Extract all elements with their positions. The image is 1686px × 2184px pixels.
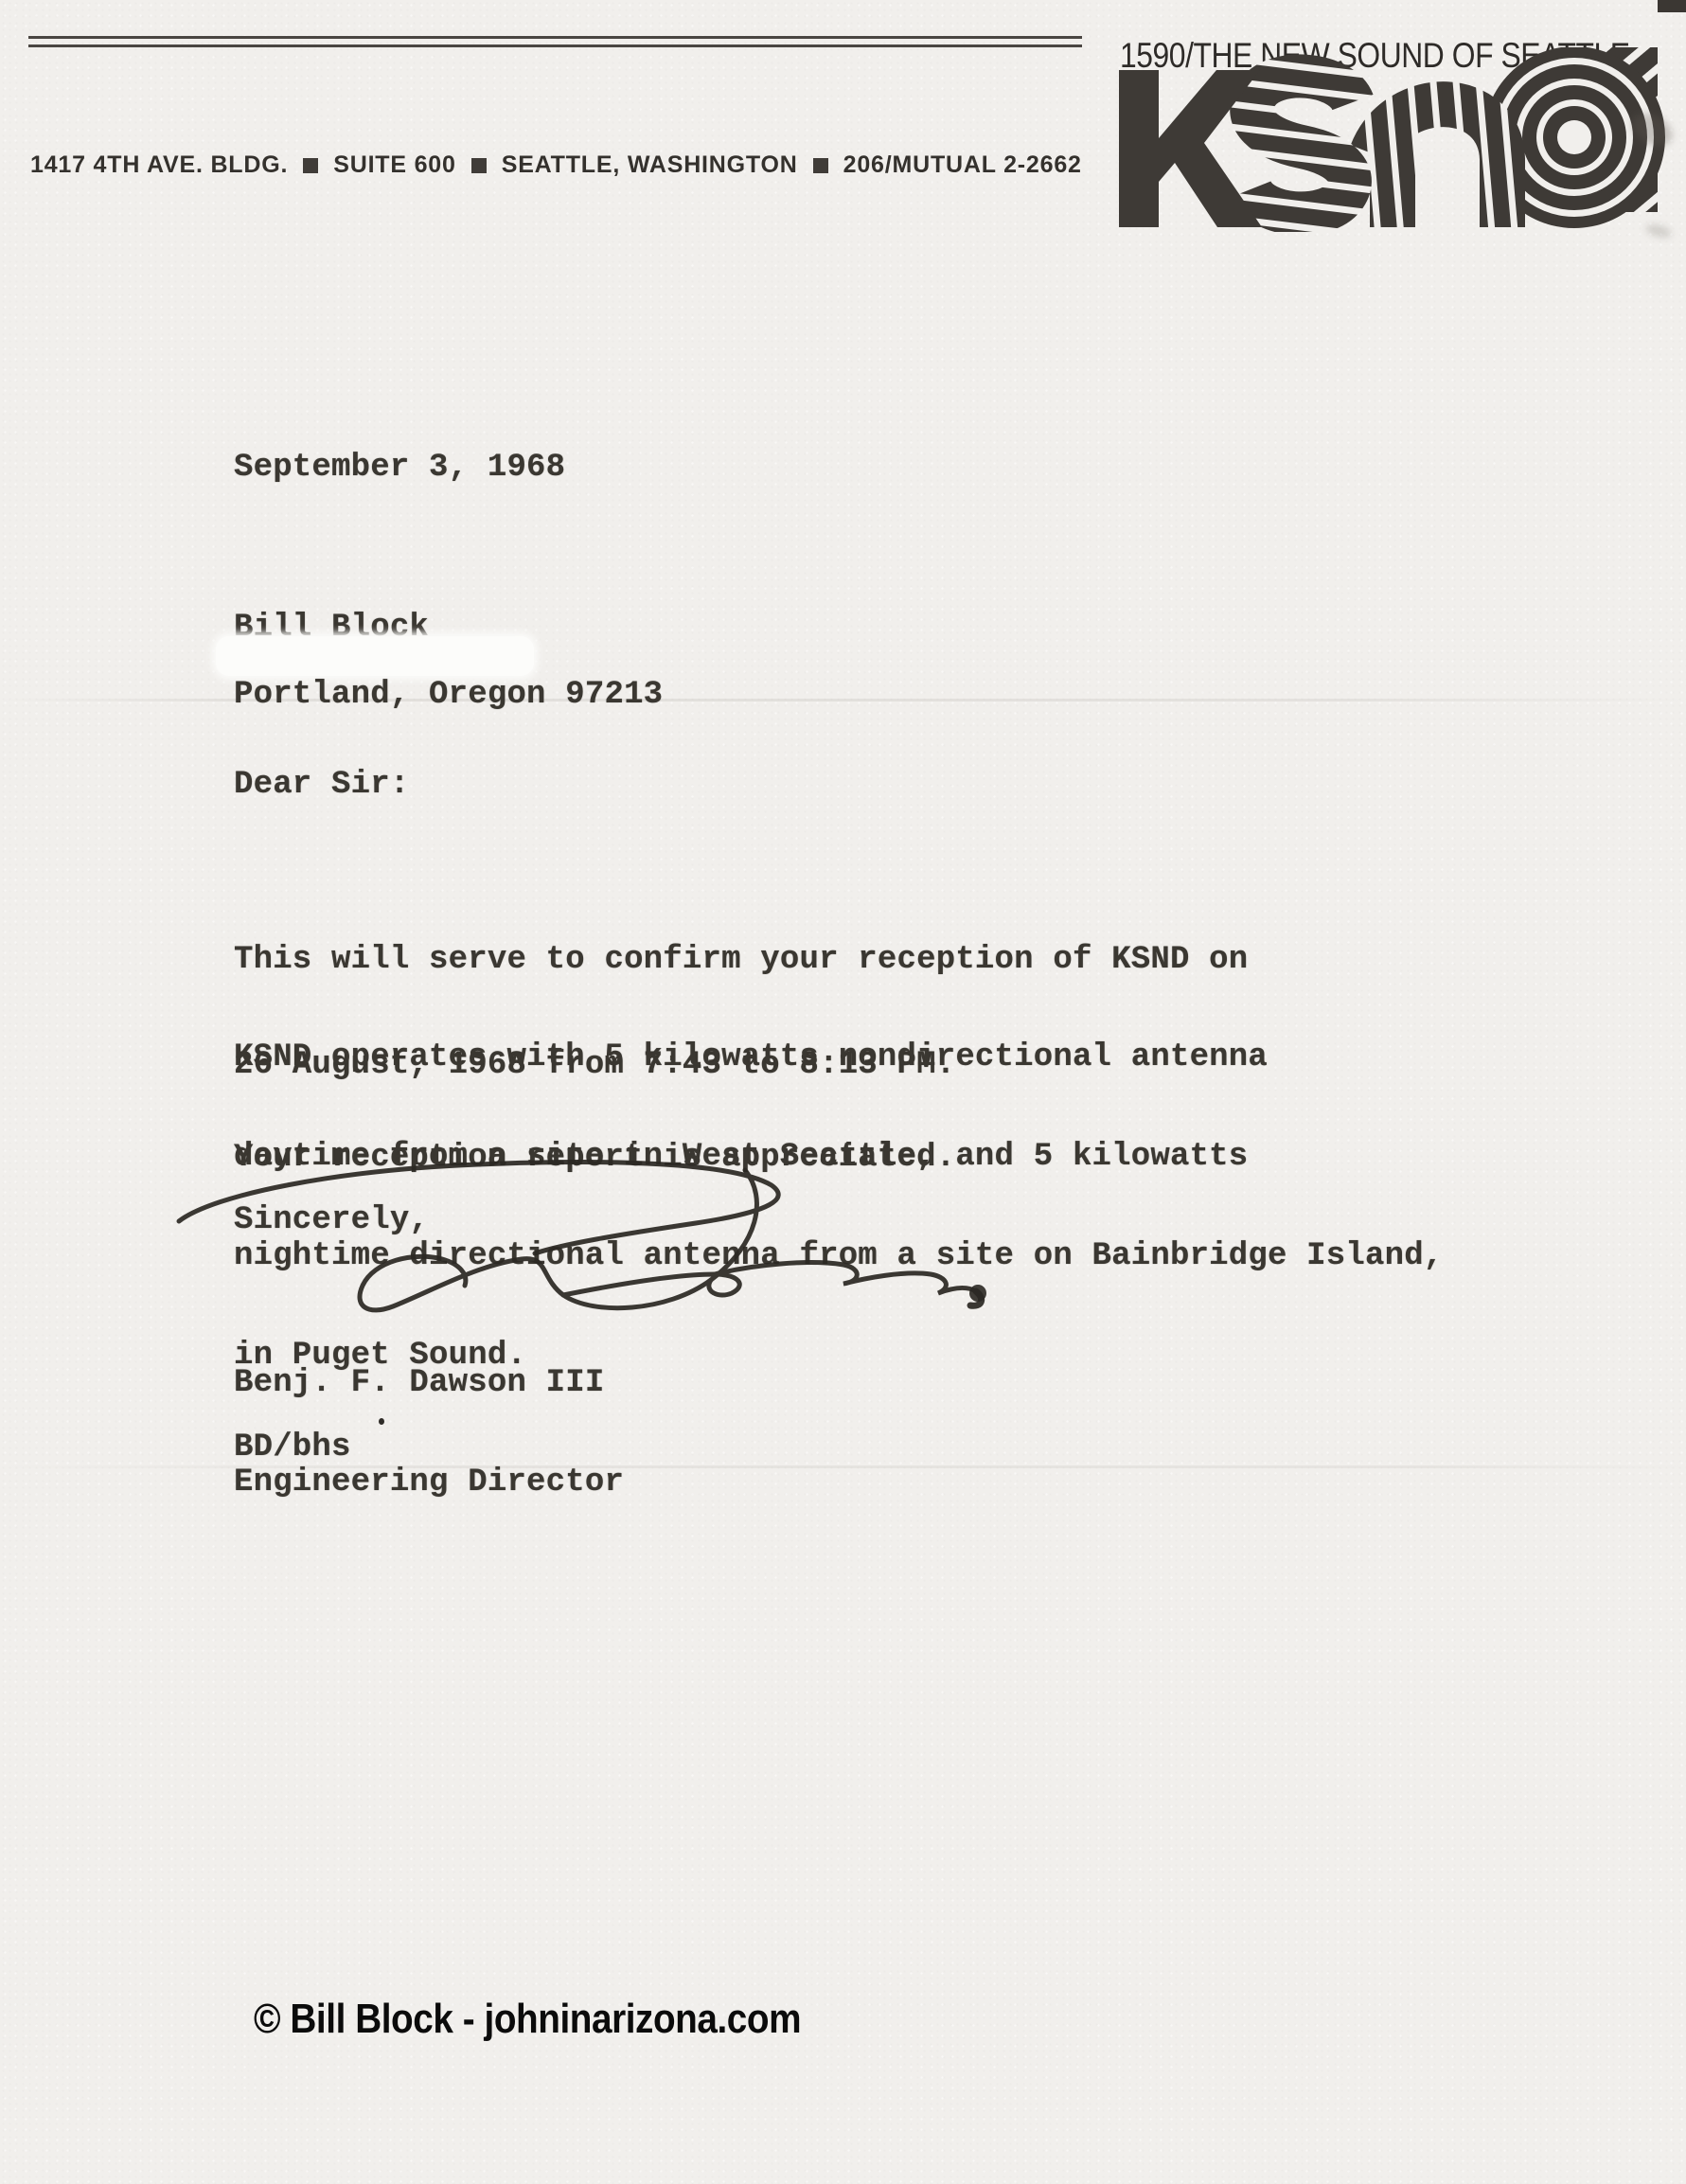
- stray-ink-dot: [379, 1418, 384, 1425]
- letterhead-address-line: 1417 4TH AVE. BLDG. SUITE 600 SEATTLE, W…: [30, 150, 1082, 180]
- copyright-credit: © Bill Block - johninarizona.com: [254, 1996, 801, 2043]
- logo-station-text: ksnd: [0, 0, 1, 1]
- signer-name: Benj. F. Dawson III: [234, 1367, 624, 1400]
- bullet-square-icon: [303, 158, 318, 173]
- bullet-square-icon: [471, 158, 487, 173]
- scan-corner-artifact: [1658, 0, 1686, 12]
- letter-date: September 3, 1968: [234, 450, 565, 486]
- signer-title: Engineering Director: [234, 1466, 624, 1500]
- salutation: Dear Sir:: [234, 767, 409, 803]
- scanned-letter-page: { "letterhead": { "tagline": "1590/THE N…: [0, 0, 1686, 2184]
- address-city: SEATTLE, WASHINGTON: [502, 151, 798, 179]
- logo-letter-s: [1251, 76, 1353, 213]
- letterhead-rule-bottom: [28, 44, 1082, 47]
- signature-block: Benj. F. Dawson III Engineering Director: [234, 1301, 624, 1533]
- paragraph-2-line-1: KSND operates with 5 kilowatts nondirect…: [234, 1041, 1443, 1074]
- logo-letter-k: [1119, 70, 1262, 227]
- redacted-address-whiteout: [216, 636, 534, 676]
- address-building: 1417 4TH AVE. BLDG.: [30, 151, 288, 179]
- address-phone: 206/MUTUAL 2-2662: [843, 151, 1082, 179]
- bullet-square-icon: [813, 158, 828, 173]
- logo-letter-n: [1372, 104, 1502, 227]
- letterhead-rule-top: [28, 36, 1082, 39]
- recipient-city: Portland, Oregon 97213: [234, 677, 663, 713]
- typist-initials: BD/bhs: [234, 1429, 351, 1465]
- ksnd-logo: [1114, 47, 1686, 232]
- paragraph-1-line-1: This will serve to confirm your receptio…: [234, 943, 1248, 978]
- address-suite: SUITE 600: [333, 151, 455, 179]
